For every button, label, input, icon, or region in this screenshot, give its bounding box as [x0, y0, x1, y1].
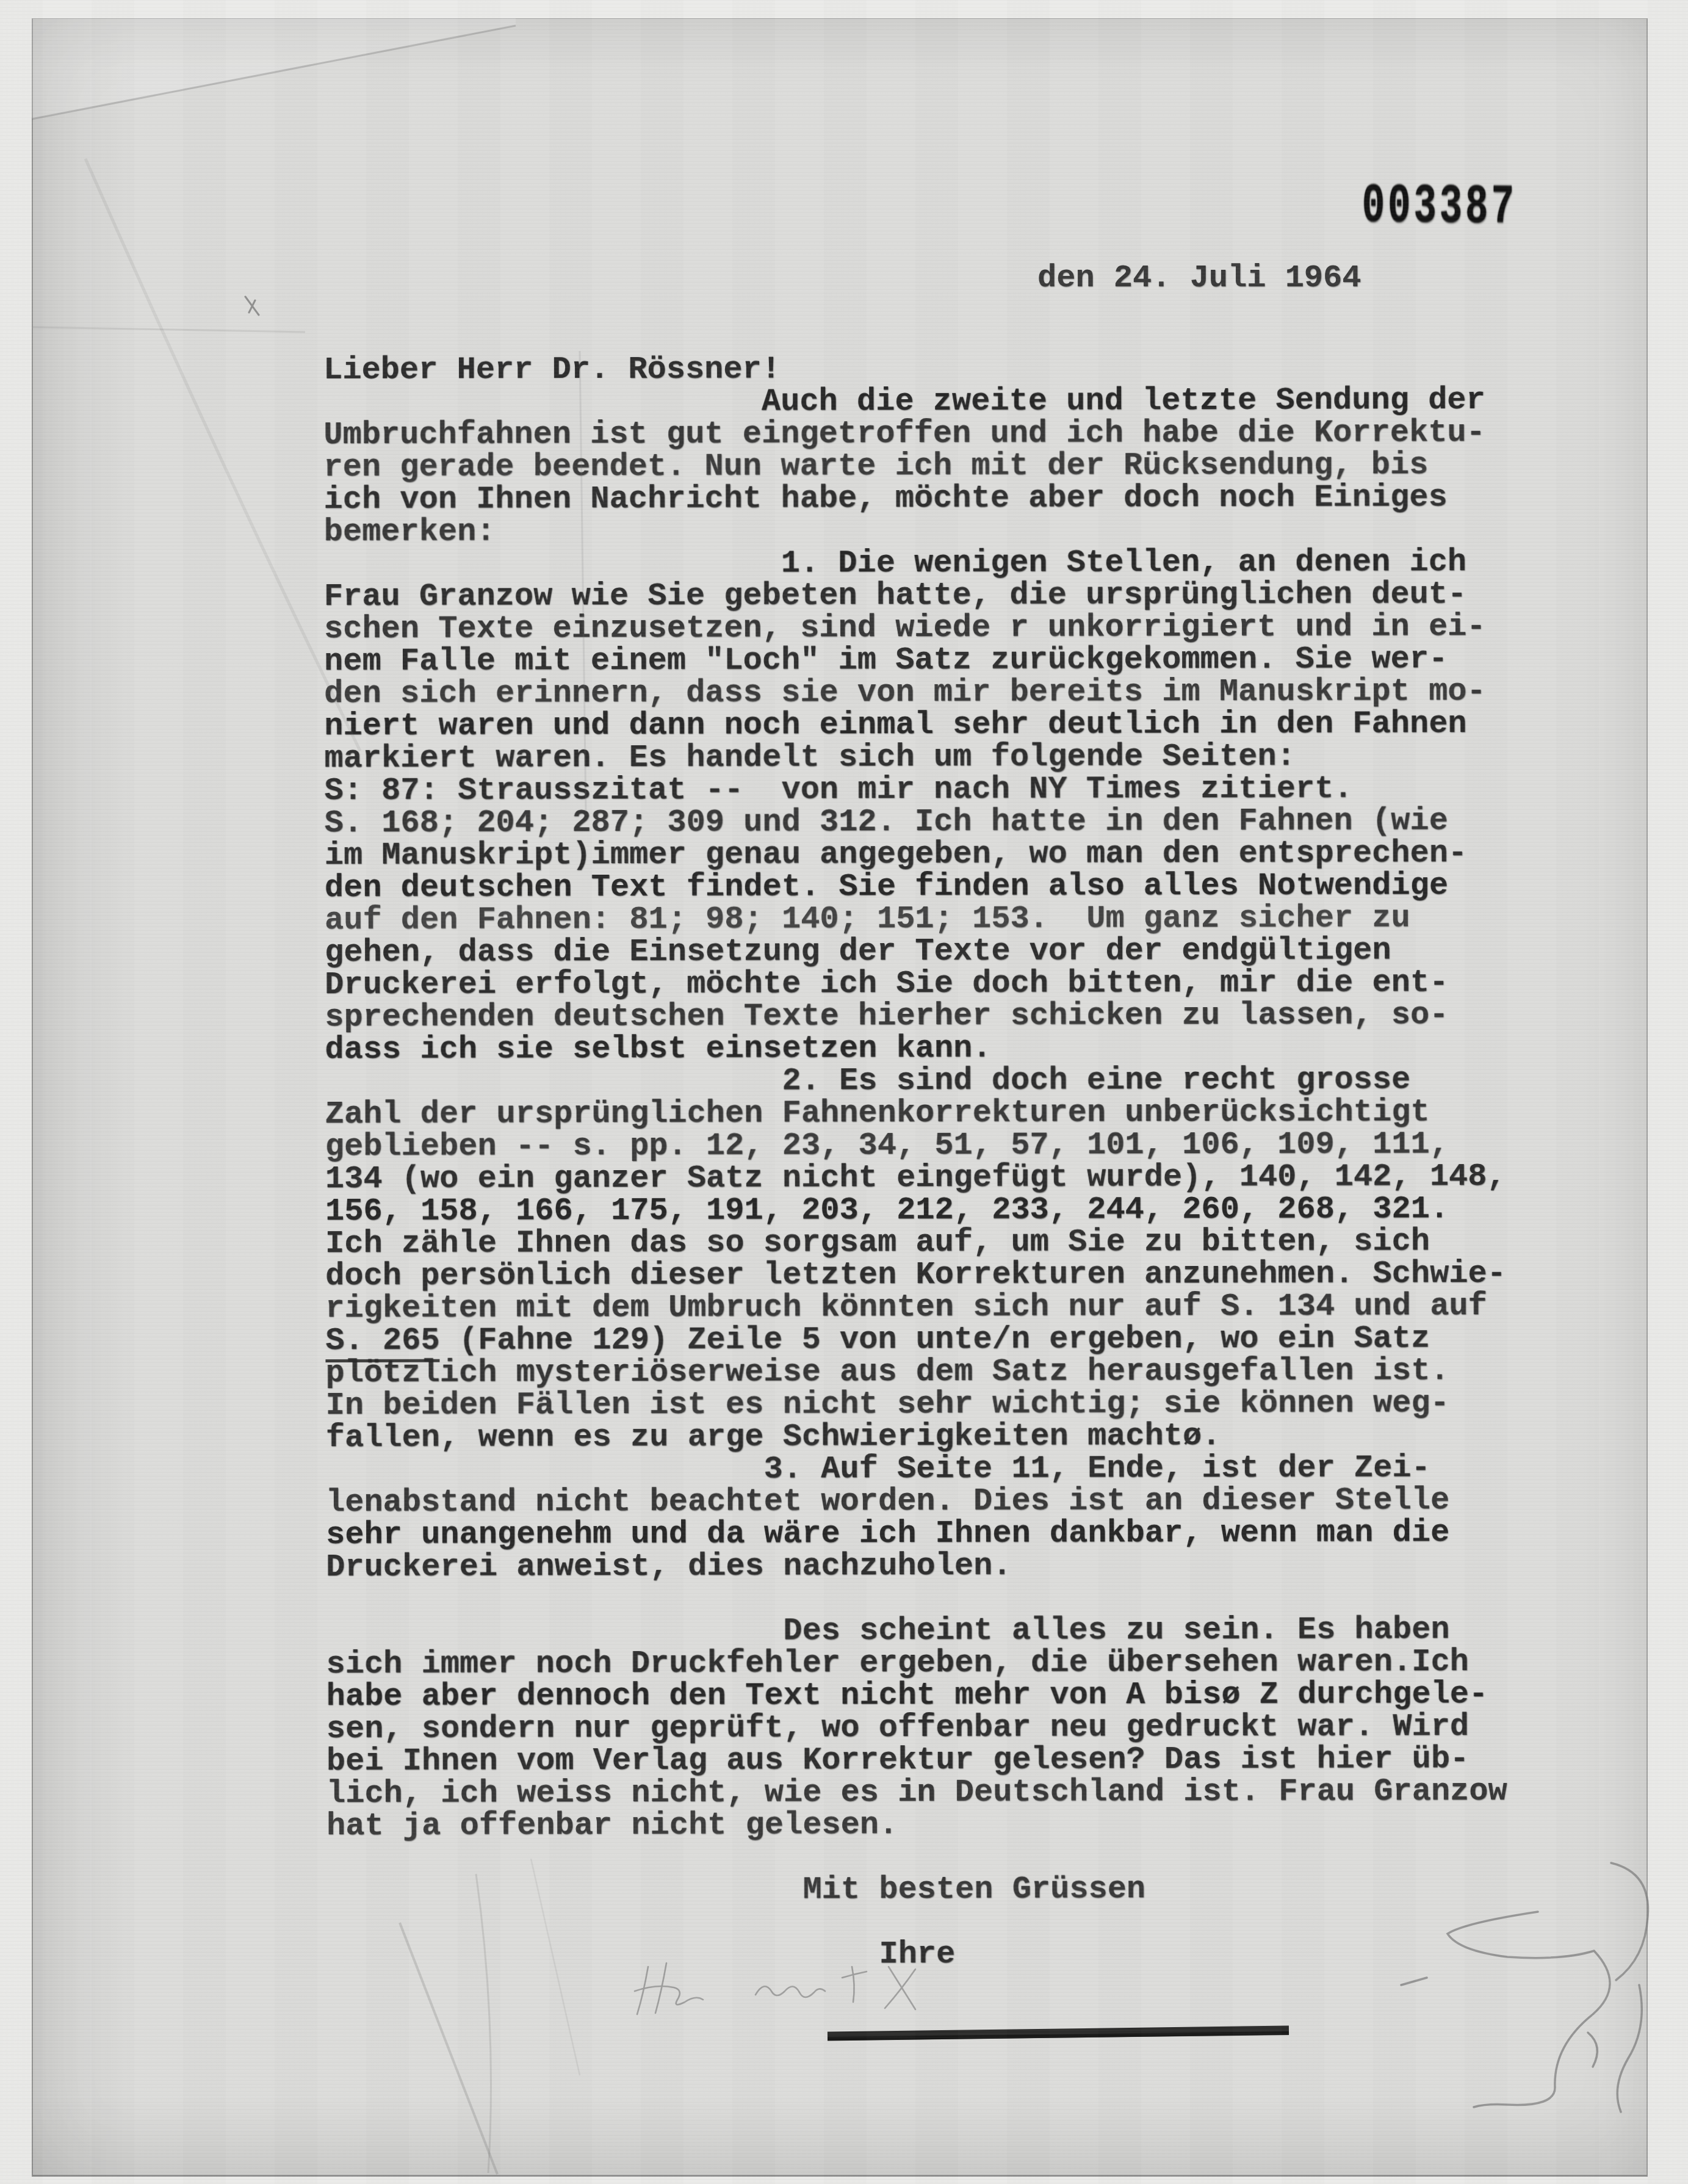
letter-line: 3. Auf Seite 11, Ende, ist der Zei-	[326, 1452, 1553, 1486]
letter-line: bei Ihnen vom Verlag aus Korrektur geles…	[326, 1743, 1553, 1777]
letter-line: schen Texte einzusetzen, sind wiede r un…	[324, 610, 1551, 645]
letter-line: Mit besten Grüssen	[326, 1872, 1553, 1907]
letter-line: ren gerade beendet. Nun warte ich mit de…	[323, 449, 1550, 483]
letter-line: gehen, dass die Einsetzung der Texte vor…	[325, 934, 1551, 969]
letter-line: Druckerei erfolgt, möchte ich Sie doch b…	[325, 966, 1551, 1001]
letter-line: auf den Fahnen: 81; 98; 140; 151; 153. U…	[325, 902, 1551, 936]
letter-line: In beiden Fällen ist es nicht sehr wicht…	[326, 1387, 1553, 1422]
letter-line	[326, 1904, 1553, 1939]
letter-line: plötzlich mysteriöserweise aus dem Satz …	[325, 1354, 1552, 1389]
letter-line: Frau Granzow wie Sie gebeten hatte, die …	[324, 578, 1551, 613]
letter-line: ich von Ihnen Nachricht habe, möchte abe…	[323, 481, 1550, 516]
letter-line: Druckerei anweist, dies nachzuholen.	[326, 1549, 1553, 1583]
letter-line: sich immer noch Druckfehler ergeben, die…	[326, 1646, 1553, 1680]
letter-line: sehr unangenehm und da wäre ich Ihnen da…	[326, 1516, 1553, 1551]
archive-number-stamp: 003387	[1362, 176, 1518, 240]
letter-line: habe aber dennoch den Text nicht mehr vo…	[326, 1678, 1553, 1713]
letter-line: Auch die zweite und letzte Sendung der	[323, 384, 1550, 419]
letter-line: S. 168; 204; 287; 309 und 312. Ich hatte…	[325, 805, 1551, 839]
letter-line: lenabstand nicht beachtet worden. Dies i…	[326, 1484, 1553, 1519]
letter-line: Lieber Herr Dr. Rössner!	[323, 352, 1550, 386]
letter-line: rigkeiten mit dem Umbruch könnten sich n…	[325, 1290, 1552, 1325]
letter-line: bemerken:	[324, 513, 1551, 548]
letter-line: 2. Es sind doch eine recht grosse	[325, 1063, 1551, 1098]
letter-line: Ihre	[326, 1937, 1553, 1972]
letter-line: markiert waren. Es handelt sich um folge…	[324, 740, 1551, 775]
letter-line: Des scheint alles zu sein. Es haben	[326, 1613, 1553, 1648]
letter-line: sprechenden deutschen Texte hierher schi…	[325, 999, 1551, 1033]
date-line: den 24. Juli 1964	[1037, 260, 1362, 296]
letter-line	[326, 1840, 1553, 1875]
letter-line: S. 265 (Fahne 129) Zeile 5 von unte/n er…	[325, 1322, 1552, 1357]
letter-line	[326, 1581, 1553, 1616]
letter-line: niert waren und dann noch einmal sehr de…	[324, 707, 1551, 742]
letter-line: geblieben -- s. pp. 12, 23, 34, 51, 57, …	[325, 1128, 1552, 1163]
letter-text-block: Lieber Herr Dr. Rössner! Auch die zweite…	[323, 352, 1554, 1972]
letter-line: den sich erinnern, dass sie von mir bere…	[324, 675, 1551, 710]
letter-line: Umbruchfahnen ist gut eingetroffen und i…	[323, 416, 1550, 451]
letter-line: 1. Die wenigen Stellen, an denen ich	[324, 546, 1551, 580]
letter-line: Zahl der ursprünglichen Fahnenkorrekture…	[325, 1096, 1552, 1130]
letter-line: im Manuskript)immer genau angegeben, wo …	[325, 837, 1551, 872]
letter-line: hat ja offenbar nicht gelesen.	[326, 1807, 1553, 1842]
letter-line: 134 (wo ein ganzer Satz nicht eingefügt …	[325, 1160, 1552, 1195]
letter-line: lich, ich weiss nicht, wie es in Deutsch…	[326, 1775, 1553, 1810]
scanned-letter-screenshot: { "stamp": "003387", "date": "den 24. Ju…	[0, 0, 1688, 2184]
letter-line: dass ich sie selbst einsetzen kann.	[325, 1031, 1551, 1066]
letter-line: S: 87: Strausszitat -- von mir nach NY T…	[324, 772, 1551, 807]
letter-line: fallen, wenn es zu arge Schwierigkeiten …	[326, 1419, 1553, 1454]
letter-line: doch persönlich dieser letzten Korrektur…	[325, 1257, 1552, 1292]
letter-line: nem Falle mit einem "Loch" im Satz zurüc…	[324, 643, 1551, 678]
letter-line: Ich zähle Ihnen das so sorgsam auf, um S…	[325, 1225, 1552, 1260]
letter-line: sen, sondern nur geprüft, wo offenbar ne…	[326, 1710, 1553, 1745]
letter-line: 156, 158, 166, 175, 191, 203, 212, 233, …	[325, 1193, 1552, 1228]
letter-line: den deutschen Text findet. Sie finden al…	[325, 869, 1551, 904]
